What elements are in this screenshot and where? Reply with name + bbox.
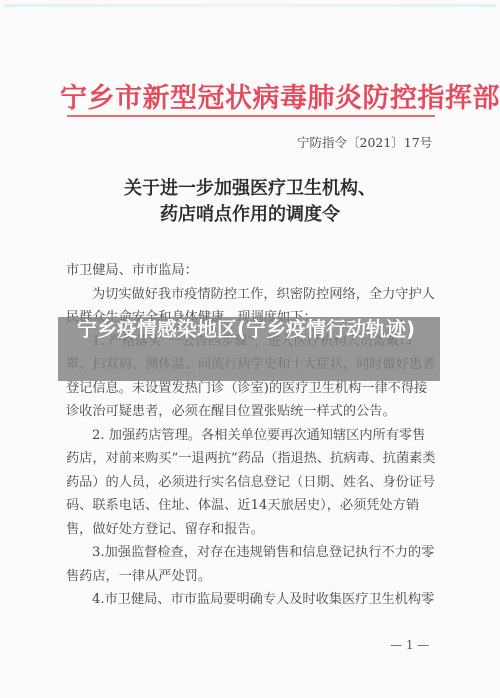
- paragraph-item-2: 2. 加强药店管理。各相关单位要再次通知辖区内所有零售药店，对前来购买“一退两抗…: [66, 424, 438, 542]
- page-number: — 1 —: [390, 638, 429, 652]
- red-divider: [67, 115, 435, 117]
- issuing-authority-header: 宁乡市新型冠状病毒肺炎防控指挥部: [60, 76, 440, 115]
- document-number: 宁防指令〔2021〕17号: [297, 133, 432, 151]
- title-line-1: 关于进一步加强医疗卫生机构、: [90, 176, 410, 202]
- document-page: 宁乡市新型冠状病毒肺炎防控指挥部 宁防指令〔2021〕17号 关于进一步加强医疗…: [0, 0, 500, 698]
- recipients: 市卫健局、市市监局：: [66, 259, 438, 283]
- caption-overlay-text: 宁乡疫情感染地区(宁乡疫情行动轨迹): [66, 318, 426, 341]
- paragraph-item-3: 3.加强监督检查，对存在违规销售和信息登记执行不力的零售药店，一律从严处罚。: [66, 541, 438, 588]
- document-title: 关于进一步加强医疗卫生机构、 药店哨点作用的调度令: [90, 176, 410, 228]
- paragraph-item-4: 4.市卫健局、市市监局要明确专人及时收集医疗卫生机构零: [66, 588, 438, 612]
- scan-edge: [4, 4, 496, 7]
- document-body: 市卫健局、市市监局： 为切实做好我市疫情防控工作，织密防控网络，全力守护人民群众…: [66, 259, 438, 612]
- title-line-2: 药店哨点作用的调度令: [90, 202, 410, 228]
